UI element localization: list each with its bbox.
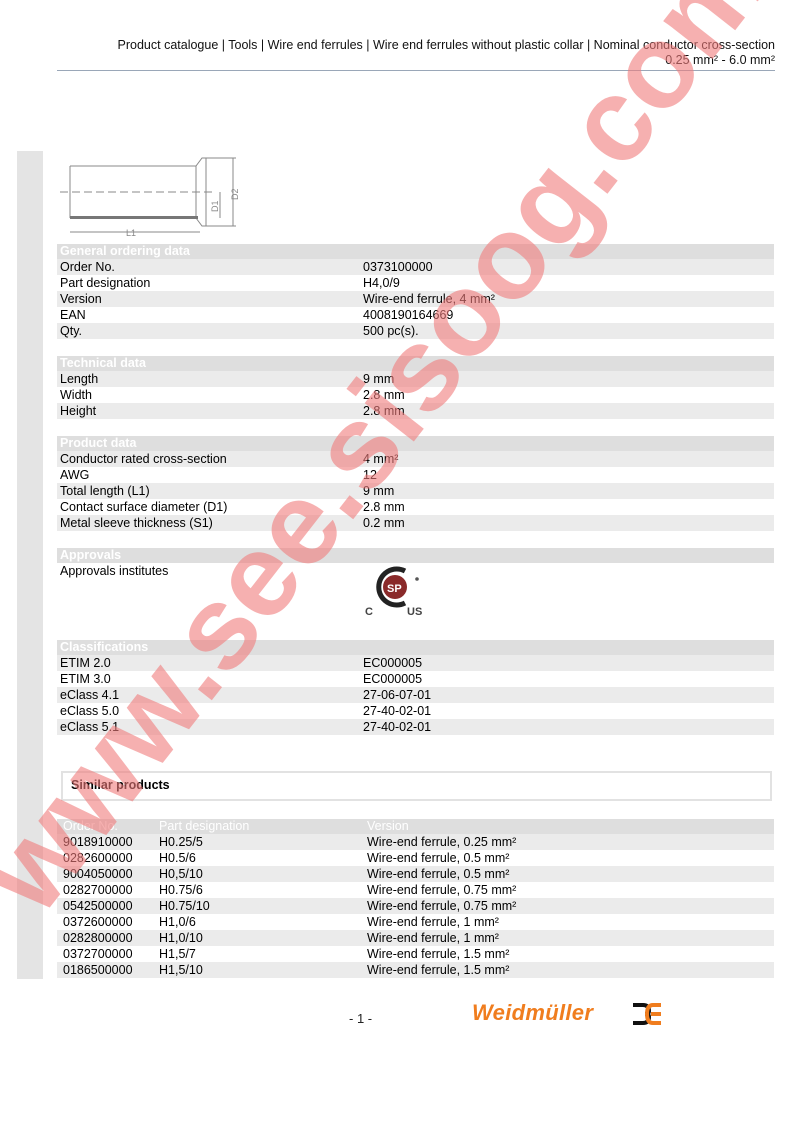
table-row: 9018910000H0.25/5Wire-end ferrule, 0.25 … (57, 834, 774, 850)
data-row: ETIM 2.0EC000005 (57, 655, 774, 671)
data-row: Length9 mm (57, 371, 774, 387)
column-header-part-designation: Part designation (159, 819, 249, 834)
general-ordering-rows: Order No.0373100000 Part designationH4,0… (57, 259, 774, 339)
data-row: eClass 5.027-40-02-01 (57, 703, 774, 719)
page-number: - 1 - (349, 1011, 372, 1026)
technical-data-rows: Length9 mm Width2.8 mm Height2.8 mm (57, 371, 774, 419)
data-row: VersionWire-end ferrule, 4 mm² (57, 291, 774, 307)
approvals-row: Approvals institutes SP C US (57, 563, 774, 643)
svg-text:D1: D1 (210, 200, 220, 212)
section-heading: Approvals (57, 548, 774, 563)
left-margin-bar (17, 151, 43, 979)
data-row: eClass 4.127-06-07-01 (57, 687, 774, 703)
data-row: Conductor rated cross-section4 mm² (57, 451, 774, 467)
svg-text:C: C (365, 606, 373, 618)
classifications-rows: ETIM 2.0EC000005 ETIM 3.0EC000005 eClass… (57, 655, 774, 735)
svg-text:US: US (407, 606, 422, 618)
data-row: eClass 5.127-40-02-01 (57, 719, 774, 735)
header-divider (57, 70, 775, 71)
table-row: 0372600000H1,0/6Wire-end ferrule, 1 mm² (57, 914, 774, 930)
csa-c-us-mark-icon: SP C US (359, 563, 439, 623)
table-row: 0282600000H0.5/6Wire-end ferrule, 0.5 mm… (57, 850, 774, 866)
classifications-section: Classifications ETIM 2.0EC000005 ETIM 3.… (57, 640, 774, 735)
table-row: 0542500000H0.75/10Wire-end ferrule, 0.75… (57, 898, 774, 914)
table-header: Order No. Part designation Version (57, 819, 774, 834)
data-row: Part designationH4,0/9 (57, 275, 774, 291)
approvals-label: Approvals institutes (60, 563, 168, 579)
svg-text:L1: L1 (126, 228, 136, 238)
similar-products-heading-box: Similar products (61, 771, 772, 801)
breadcrumb-line-1: Product catalogue | Tools | Wire end fer… (118, 38, 775, 53)
data-row: EAN4008190164669 (57, 307, 774, 323)
similar-products-table: Order No. Part designation Version 90189… (57, 819, 774, 978)
weidmuller-logo-icon (631, 1001, 663, 1027)
data-row: Height2.8 mm (57, 403, 774, 419)
data-row: AWG12 (57, 467, 774, 483)
data-row: Contact surface diameter (D1)2.8 mm (57, 499, 774, 515)
brand-logo-text: Weidmüller (472, 1000, 593, 1026)
data-row: ETIM 3.0EC000005 (57, 671, 774, 687)
product-data-section: Product data Conductor rated cross-secti… (57, 436, 774, 531)
column-header-order-no: Order No. (63, 819, 118, 834)
product-data-rows: Conductor rated cross-section4 mm² AWG12… (57, 451, 774, 531)
table-row: 0282700000H0.75/6Wire-end ferrule, 0.75 … (57, 882, 774, 898)
svg-text:D2: D2 (230, 188, 240, 200)
ferrule-dimension-drawing-icon: D1 D2 L1 (58, 152, 248, 238)
data-row: Order No.0373100000 (57, 259, 774, 275)
data-row: Qty.500 pc(s). (57, 323, 774, 339)
table-body: 9018910000H0.25/5Wire-end ferrule, 0.25 … (57, 834, 774, 978)
table-row: 0186500000H1,5/10Wire-end ferrule, 1.5 m… (57, 962, 774, 978)
section-heading: Classifications (57, 640, 774, 655)
approvals-section: Approvals Approvals institutes SP C US (57, 548, 774, 643)
technical-data-section: Technical data Length9 mm Width2.8 mm He… (57, 356, 774, 419)
breadcrumb: Product catalogue | Tools | Wire end fer… (118, 38, 775, 68)
table-row: 0282800000H1,0/10Wire-end ferrule, 1 mm² (57, 930, 774, 946)
column-header-version: Version (367, 819, 409, 834)
table-row: 0372700000H1,5/7Wire-end ferrule, 1.5 mm… (57, 946, 774, 962)
breadcrumb-line-2: 0.25 mm² - 6.0 mm² (118, 53, 775, 68)
data-row: Metal sleeve thickness (S1)0.2 mm (57, 515, 774, 531)
section-heading: Technical data (57, 356, 774, 371)
section-heading: Product data (57, 436, 774, 451)
data-row: Width2.8 mm (57, 387, 774, 403)
svg-text:SP: SP (387, 583, 402, 595)
data-row: Total length (L1)9 mm (57, 483, 774, 499)
table-row: 9004050000H0,5/10Wire-end ferrule, 0.5 m… (57, 866, 774, 882)
similar-products-title: Similar products (71, 778, 170, 792)
section-heading: General ordering data (57, 244, 774, 259)
general-ordering-section: General ordering data Order No.037310000… (57, 244, 774, 339)
